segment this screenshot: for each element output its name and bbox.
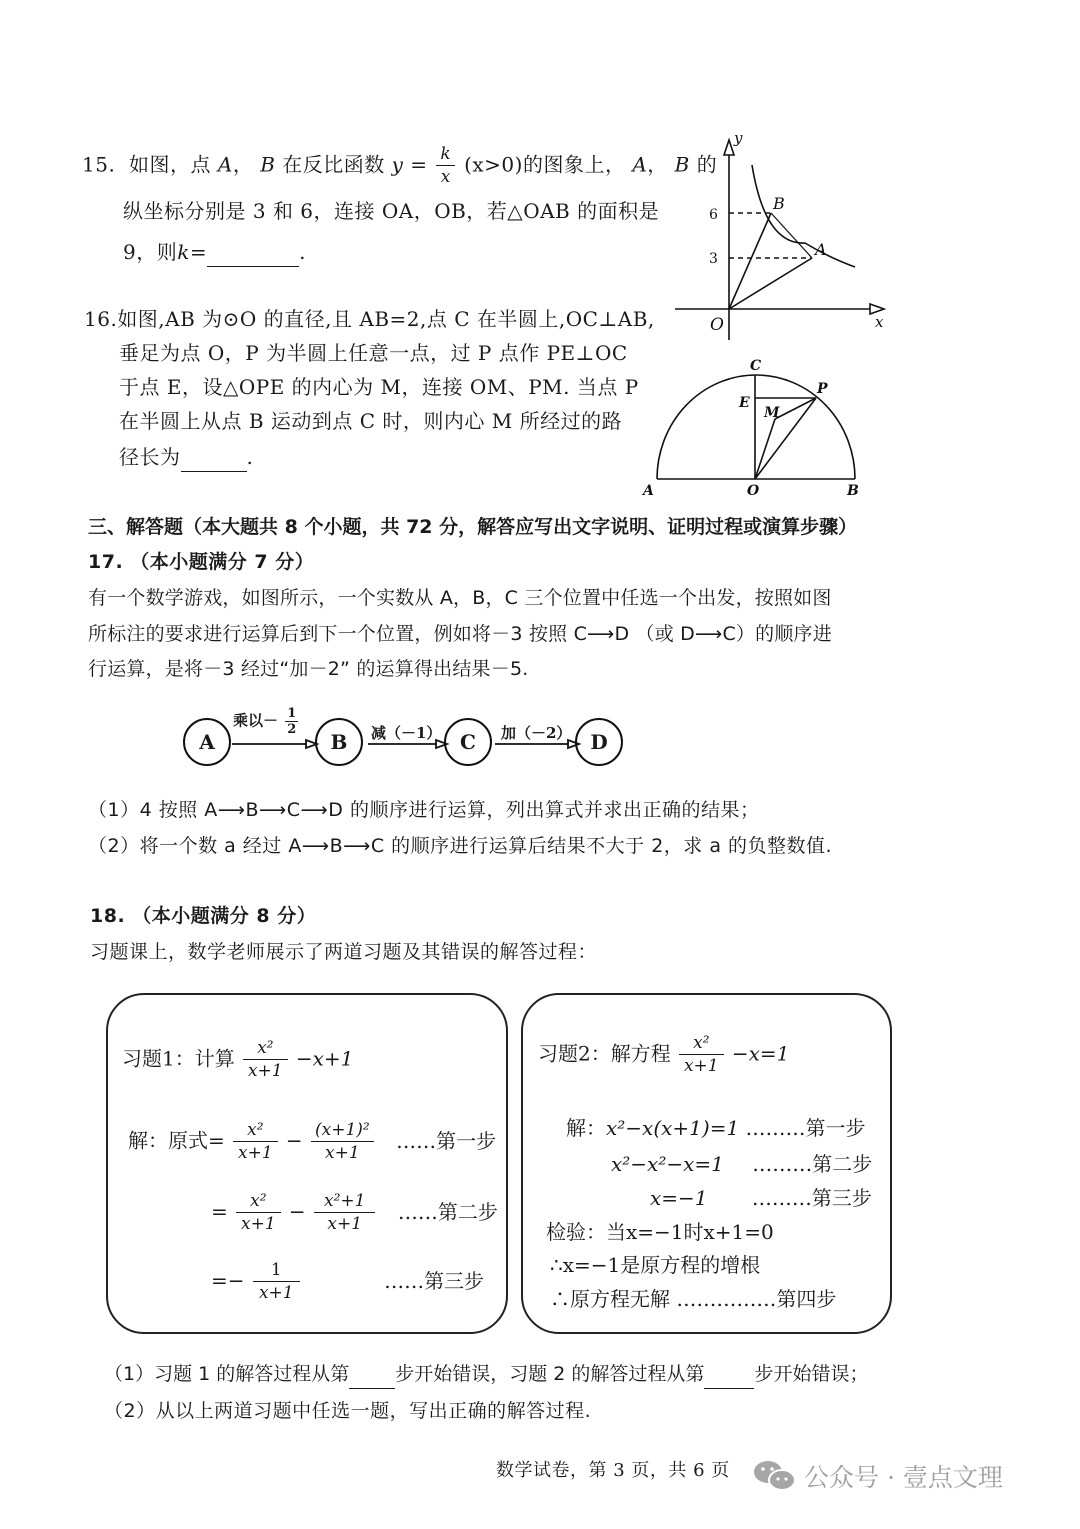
q17-sub2: （2）将一个数 a 经过 A⟶B⟶C 的顺序进行运算后结果不大于 2，求 a 的… [88,832,832,860]
q18-intro: 习题课上，数学老师展示了两道习题及其错误的解答过程： [90,938,597,966]
segment-AB [771,213,812,258]
wechat-icon [752,1458,798,1494]
q18-blank-ex2[interactable] [704,1360,754,1389]
q18-blank-ex1[interactable] [349,1360,395,1389]
ex2-check: 检验：当x=−1时x+1=0 [546,1216,774,1245]
svg-text:y: y [733,129,743,147]
q16-line3: 于点 E，设△OPE 的内心为 M，连接 OM、PM. 当点 P [119,373,639,401]
flow-node-D: D [575,718,623,766]
q17-para3: 行运算，是将－3 经过“加－2” 的运算得出结果－5. [88,655,528,683]
ex1-step2: = x² x+1 − x²+1 x+1 ……第二步 [211,1193,498,1233]
q18-sub2: （2）从以上两道习题中任选一题，写出正确的解答过程. [104,1397,591,1425]
ex2-title: 习题2：解方程 x² x+1 −x=1 [538,1035,789,1075]
q16-line2: 垂足为点 O，P 为半圆上任意一点，过 P 点作 PE⊥OC [119,339,628,367]
edge-label-multiply: 乘以－ 1 2 [233,707,300,736]
svg-text:O: O [710,315,724,335]
segment-OB [729,213,771,309]
flow-node-B: B [315,718,363,766]
q15-answer-blank[interactable] [207,238,299,267]
ex1-title: 习题1：计算 x² x+1 −x+1 [122,1040,353,1080]
q15-figure-hyperbola: y x O B A 6 3 [670,125,900,345]
q16-line5: 径长为 . [119,443,253,472]
q18-heading: 18. （本小题满分 8 分） [90,902,316,930]
ex2-therefore2: ∴原方程无解 ……………第四步 [550,1283,836,1312]
ex2-step3: x=−1 ………第三步 [650,1182,872,1211]
svg-text:3: 3 [709,251,718,267]
flow-node-C: C [444,718,492,766]
svg-text:x: x [875,313,884,331]
svg-text:M: M [763,405,780,421]
svg-text:C: C [750,358,761,374]
svg-text:A: A [641,483,654,499]
segment-OA [729,258,812,309]
ex2-step1: 解：x²−x(x+1)=1 ………第一步 [566,1112,866,1141]
q16-line4: 在半圆上从点 B 运动到点 C 时，则内心 M 所经过的路 [119,407,622,435]
svg-text:B: B [846,483,859,499]
svg-text:P: P [816,381,828,397]
svg-text:B: B [772,194,785,213]
q15-line3: 9，则k= . [123,238,306,267]
edge-label-subtract: 减（－1） [371,722,441,743]
q17-para2: 所标注的要求进行运算后到下一个位置，例如将－3 按照 C⟶D （或 D⟶C）的顺… [88,620,832,648]
q17-heading: 17. （本小题满分 7 分） [88,548,314,576]
q16-figure-semicircle: A O B C E M P [640,350,880,500]
q15-line2: 纵坐标分别是 3 和 6，连接 OA，OB，若△OAB 的面积是 [123,197,659,225]
q15-fraction: k x [436,146,455,186]
q18-sub1: （1）习题 1 的解答过程从第 步开始错误，习题 2 的解答过程从第 步开始错误… [104,1360,868,1389]
edge-label-add: 加（－2） [501,722,571,743]
hyperbola-curve [752,165,855,267]
q17-sub1: （1）4 按照 A⟶B⟶C⟶D 的顺序进行运算，列出算式并求出正确的结果； [88,796,759,824]
ex2-therefore1: ∴x=−1是原方程的增根 [550,1249,760,1278]
q17-para1: 有一个数学游戏，如图所示，一个实数从 A，B，C 三个位置中任选一个出发，按照如… [88,584,832,612]
flow-node-A: A [183,718,231,766]
page-footer: 数学试卷，第 3 页，共 6 页 [496,1457,730,1485]
segment-PM [775,398,816,419]
q15-line1: 15. 如图，点 A， B 在反比函数 y = k x (x>0)的图象上， A… [82,146,717,186]
ex1-step3: =− 1 x+1 ……第三步 [211,1262,484,1302]
y-axis-arrow-icon [724,140,734,155]
q16-line1: 16.如图,AB 为⊙O 的直径,且 AB=2,点 C 在半圆上,OC⊥AB, [84,305,655,333]
svg-text:A: A [813,240,827,259]
q16-answer-blank[interactable] [181,443,247,472]
ex1-step1: 解：原式= x² x+1 − (x+1)² x+1 ……第一步 [128,1122,496,1162]
svg-text:E: E [738,395,750,411]
watermark: 公众号 · 壹点文理 [752,1458,1003,1494]
svg-text:O: O [747,483,760,499]
svg-text:6: 6 [709,207,718,223]
section-heading: 三、解答题（本大题共 8 个小题，共 72 分，解答应写出文字说明、证明过程或演… [88,513,857,541]
q15-number: 15. [82,153,115,177]
ex2-step2: x²−x²−x=1 ………第二步 [611,1148,872,1177]
segment-OM [755,419,775,479]
